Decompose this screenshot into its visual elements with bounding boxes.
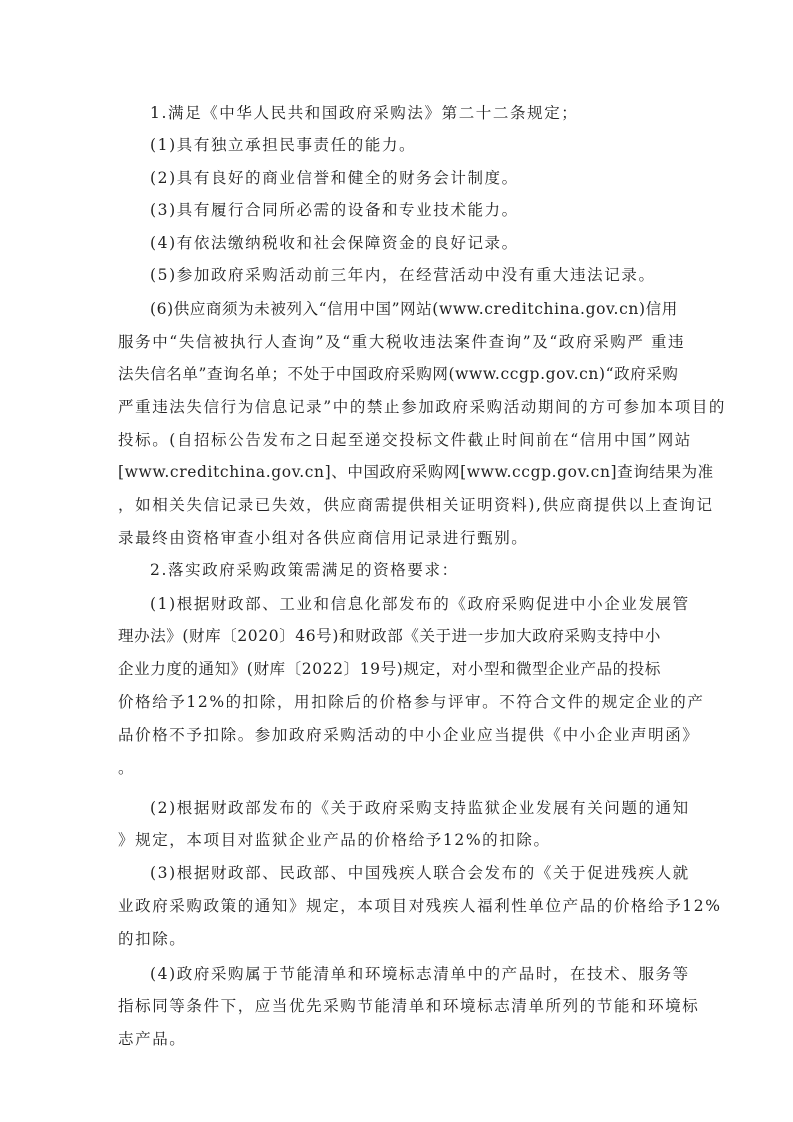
requirement-item-6-line-6: [www.creditchina.gov.cn]、中国政府采购网[www.ccg… <box>118 462 678 482</box>
policy-item-1-line-1: (1)根据财政部、工业和信息化部发布的《政府采购促进中小企业发展管 <box>150 594 710 614</box>
requirement-item-5: (5)参加政府采购活动前三年内，在经营活动中没有重大违法记录。 <box>150 265 710 285</box>
policy-item-4-line-1: (4)政府采购属于节能清单和环境标志清单中的产品时，在技术、服务等 <box>150 964 710 984</box>
policy-item-4-line-3: 志产品。 <box>118 1029 678 1049</box>
requirement-item-6-line-3: 法失信名单”查询名单；不处于中国政府采购网(www.ccgp.gov.cn)“政… <box>118 364 678 384</box>
policy-item-3-line-3: 的扣除。 <box>118 929 678 949</box>
policy-item-1-line-6: 。 <box>118 758 678 778</box>
requirement-item-6-line-5: 投标。(自招标公告发布之日起至递交投标文件截止时间前在“信用中国”网站 <box>118 430 678 450</box>
policy-item-3-line-2: 业政府采购政策的通知》规定，本项目对残疾人福利性单位产品的价格给予12% <box>118 896 678 916</box>
section-2-heading: 2.落实政府采购政策需满足的资格要求： <box>150 560 710 580</box>
requirement-item-6-line-4: 严重违法失信行为信息记录”中的禁止参加政府采购活动期间的方可参加本项目的 <box>118 397 678 417</box>
policy-item-1-line-5: 品价格不予扣除。参加政府采购活动的中小企业应当提供《中小企业声明函》 <box>118 725 678 745</box>
policy-item-4-line-2: 指标同等条件下，应当优先采购节能清单和环境标志清单所列的节能和环境标 <box>118 996 678 1016</box>
requirement-item-6-line-8: 录最终由资格审查小组对各供应商信用记录进行甄别。 <box>118 528 678 548</box>
requirement-item-2: (2)具有良好的商业信誉和健全的财务会计制度。 <box>150 168 710 188</box>
requirement-item-6-line-1: (6)供应商须为未被列入“信用中国”网站(www.creditchina.gov… <box>150 299 710 319</box>
requirement-item-4: (4)有依法缴纳税收和社会保障资金的良好记录。 <box>150 233 710 253</box>
policy-item-1-line-2: 理办法》(财库〔2020〕46号)和财政部《关于进一步加大政府采购支持中小 <box>118 626 678 646</box>
requirement-item-1: (1)具有独立承担民事责任的能力。 <box>150 135 710 155</box>
policy-item-1-line-3: 企业力度的通知》(财库〔2022〕19号)规定，对小型和微型企业产品的投标 <box>118 659 678 679</box>
policy-item-2-line-1: (2)根据财政部发布的《关于政府采购支持监狱企业发展有关问题的通知 <box>150 798 710 818</box>
requirement-item-6-line-2: 服务中“失信被执行人查询”及“重大税收违法案件查询”及“政府采购严 重违 <box>118 332 678 352</box>
policy-item-2-line-2: 》规定，本项目对监狱企业产品的价格给予12%的扣除。 <box>118 830 678 850</box>
section-1-heading: 1.满足《中华人民共和国政府采购法》第二十二条规定； <box>150 103 710 123</box>
requirement-item-6-line-7: ，如相关失信记录已失效，供应商需提供相关证明资料),供应商提供以上查询记 <box>118 495 678 515</box>
policy-item-1-line-4: 价格给予12%的扣除，用扣除后的价格参与评审。不符合文件的规定企业的产 <box>118 692 678 712</box>
policy-item-3-line-1: (3)根据财政部、民政部、中国残疾人联合会发布的《关于促进残疾人就 <box>150 863 710 883</box>
requirement-item-3: (3)具有履行合同所必需的设备和专业技术能力。 <box>150 200 710 220</box>
document-page: 1.满足《中华人民共和国政府采购法》第二十二条规定； (1)具有独立承担民事责任… <box>0 0 793 1122</box>
